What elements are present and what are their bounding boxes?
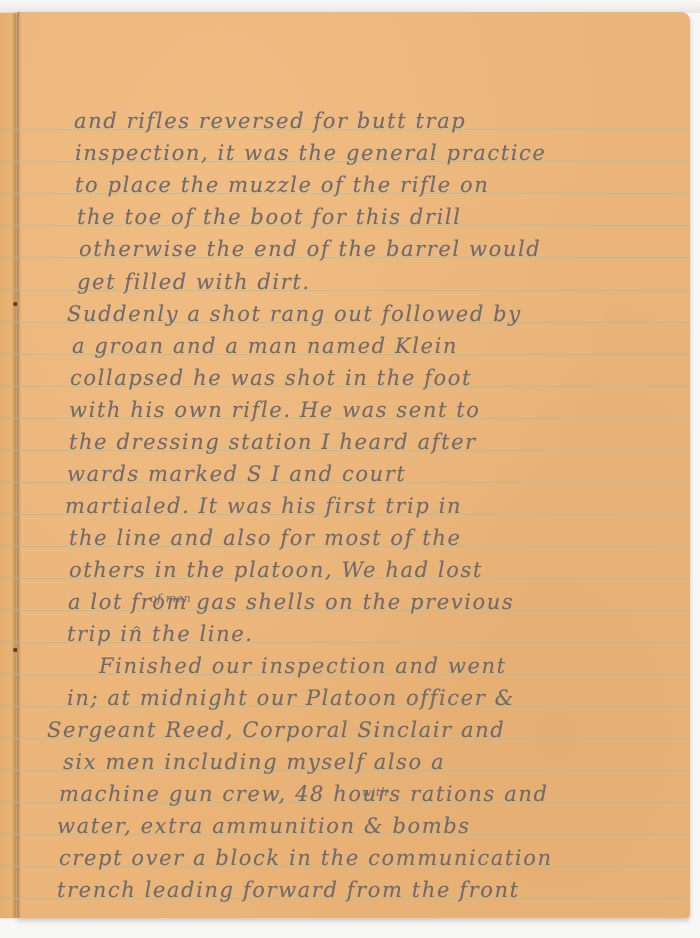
insertion-caret: ^ (132, 624, 141, 637)
insertion-with: with (362, 786, 388, 799)
rule-line (0, 322, 16, 323)
handwritten-line: a groan and a man named Klein (17, 330, 690, 362)
line-text: a groan and a man named Klein (72, 330, 458, 362)
line-text: collapsed he was shot in the foot (70, 362, 472, 394)
handwritten-line: get filled with dirt. (17, 266, 690, 298)
rule-line (0, 898, 16, 899)
insertion-of-men: of men (150, 592, 191, 605)
rule-line (0, 642, 16, 643)
rule-line (0, 130, 16, 131)
line-text: and rifles reversed for butt trap (74, 105, 466, 137)
line-text: martialed. It was his first trip in (65, 490, 462, 522)
rule-line (0, 674, 16, 675)
rule-line (0, 578, 16, 579)
handwritten-line: inspection, it was the general practice (17, 137, 690, 169)
line-text: the line and also for most of the (69, 522, 461, 554)
line-text: a lot from gas shells on the previous (68, 586, 514, 618)
handwritten-line: and rifles reversed for butt trap (17, 105, 690, 137)
line-text: trip in the line. (67, 618, 254, 650)
rule-line (0, 866, 16, 867)
handwritten-line: otherwise the end of the barrel would (17, 233, 690, 265)
line-text: otherwise the end of the barrel would (79, 233, 541, 265)
rule-line (0, 226, 16, 227)
rule-line (0, 834, 16, 835)
line-text: with his own rifle. He was sent to (69, 394, 481, 426)
handwritten-line: the dressing station I heard after (17, 426, 690, 458)
handwritten-line: in; at midnight our Platoon officer & (17, 682, 690, 714)
rule-line (0, 418, 16, 419)
line-text: crept over a block in the communication (59, 842, 553, 874)
notebook-scan: and rifles reversed for butt trap inspec… (0, 0, 700, 938)
handwritten-line: Finished our inspection and went (17, 650, 690, 682)
handwritten-line: trench leading forward from the front (17, 874, 690, 906)
rule-line (0, 738, 16, 739)
notebook-page: and rifles reversed for butt trap inspec… (17, 12, 690, 918)
handwritten-line: to place the muzzle of the rifle on (17, 169, 690, 201)
facing-page-edge (0, 13, 16, 918)
line-text: six men including myself also a (63, 746, 445, 778)
handwritten-line: the line and also for most of the (17, 522, 690, 554)
handwritten-line: the toe of the boot for this drill (17, 201, 690, 233)
rule-line (0, 546, 16, 547)
line-text: others in the platoon, We had lost (69, 554, 483, 586)
line-text: Suddenly a shot rang out followed by (67, 298, 522, 330)
line-text: trench leading forward from the front (57, 874, 520, 906)
line-text: wards marked S I and court (67, 458, 406, 490)
handwritten-line: a lot from gas shells on the previous (17, 586, 690, 618)
rule-line (0, 386, 16, 387)
rule-line (0, 610, 16, 611)
rule-line (0, 258, 16, 259)
line-text: the toe of the boot for this drill (77, 201, 462, 233)
rule-line (0, 290, 16, 291)
handwritten-line: crept over a block in the communication (17, 842, 690, 874)
handwritten-line: trip in the line. (17, 618, 690, 650)
rule-line (0, 194, 16, 195)
handwritten-line: machine gun crew, 48 hours rations and (17, 778, 690, 810)
handwritten-line: Suddenly a shot rang out followed by (17, 298, 690, 330)
handwritten-line: martialed. It was his first trip in (17, 490, 690, 522)
line-text: inspection, it was the general practice (75, 137, 546, 169)
line-text: Sergeant Reed, Corporal Sinclair and (47, 714, 505, 746)
handwritten-line: with his own rifle. He was sent to (17, 394, 690, 426)
line-text: machine gun crew, 48 hours rations and (59, 778, 549, 810)
line-text: to place the muzzle of the rifle on (75, 169, 489, 201)
rule-line (0, 514, 16, 515)
handwritten-line: water, extra ammunition & bombs (17, 810, 690, 842)
rule-line (0, 706, 16, 707)
rule-line (0, 162, 16, 163)
rule-line (0, 354, 16, 355)
handwritten-line: collapsed he was shot in the foot (17, 362, 690, 394)
handwritten-line: others in the platoon, We had lost (17, 554, 690, 586)
handwritten-line: wards marked S I and court (17, 458, 690, 490)
rule-line (0, 802, 16, 803)
handwritten-line: six men including myself also a (17, 746, 690, 778)
line-text: in; at midnight our Platoon officer & (67, 682, 515, 714)
line-text: the dressing station I heard after (69, 426, 477, 458)
rule-line (0, 770, 16, 771)
line-text: Finished our inspection and went (99, 650, 507, 682)
handwritten-line: Sergeant Reed, Corporal Sinclair and (17, 714, 690, 746)
line-text: get filled with dirt. (77, 266, 311, 298)
rule-line (0, 482, 16, 483)
line-text: water, extra ammunition & bombs (57, 810, 471, 842)
rule-line (0, 450, 16, 451)
